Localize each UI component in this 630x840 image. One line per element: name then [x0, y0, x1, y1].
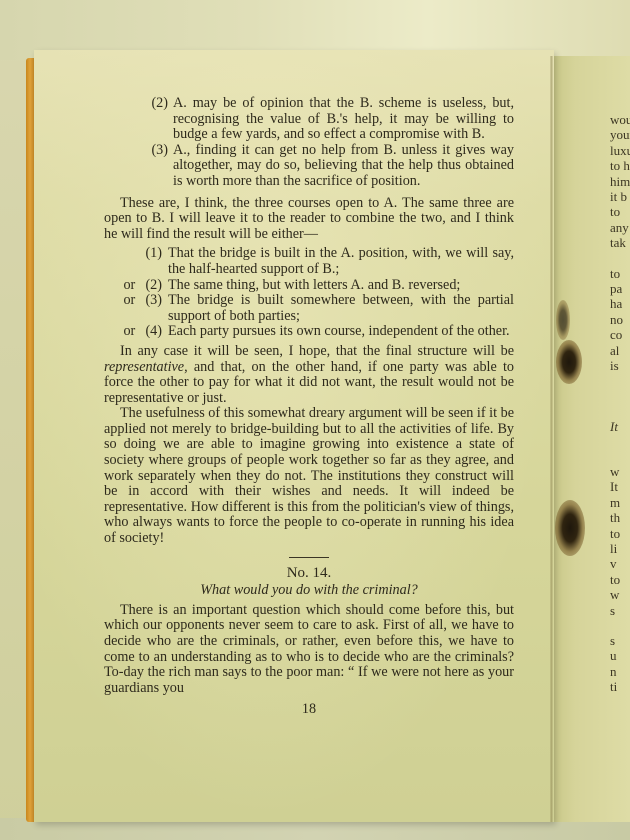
fragment: your: [610, 127, 630, 142]
item-number: (2): [138, 96, 173, 143]
list-item: (1) That the bridge is built in the A. p…: [112, 246, 514, 277]
fragment: to h: [610, 158, 630, 173]
fragment: It: [610, 419, 630, 434]
fragment: It: [610, 479, 630, 494]
options-list-a: (2) A. may be of opinion that the B. sch…: [138, 96, 514, 190]
fragment: to: [610, 526, 630, 541]
fragment: tak: [610, 235, 630, 250]
fragment: to: [610, 204, 630, 219]
outcomes-list: (1) That the bridge is built in the A. p…: [112, 246, 514, 340]
fragment: s: [610, 633, 630, 648]
item-text: The bridge is built somewhere between, w…: [168, 293, 514, 324]
paragraph: These are, I think, the three courses op…: [104, 196, 514, 243]
fragment: w: [610, 587, 630, 602]
fragment: v: [610, 556, 630, 571]
fragment: any: [610, 220, 630, 235]
photo-scene: wou your luxu to h him it b to any tak t…: [0, 0, 630, 840]
item-number: (1): [145, 245, 162, 261]
item-number: (3): [145, 292, 162, 308]
item-lead: or(2): [112, 278, 168, 294]
item-lead: (1): [112, 246, 168, 277]
section-number: No. 14.: [104, 566, 514, 582]
item-number: (2): [145, 277, 162, 293]
right-page-text-fragments: wou your luxu to h him it b to any tak t…: [610, 112, 630, 695]
page-text: (2) A. may be of opinion that the B. sch…: [104, 96, 514, 718]
fragment: co: [610, 327, 630, 342]
fragment: it b: [610, 189, 630, 204]
section-separator: [289, 557, 329, 558]
fragment: is: [610, 358, 630, 373]
fragment: to: [610, 266, 630, 281]
list-item: or(3) The bridge is built somewhere betw…: [112, 293, 514, 324]
page-edge: [26, 58, 34, 822]
item-text: Each party pursues its own course, indep…: [168, 324, 514, 340]
item-text: A., finding it can get no help from B. u…: [173, 143, 514, 190]
item-number: (4): [145, 323, 162, 339]
fragment: luxu: [610, 143, 630, 158]
or-prefix: or: [123, 324, 145, 340]
burn-mark: [555, 500, 585, 556]
fragment: u: [610, 648, 630, 663]
fragment: pa: [610, 281, 630, 296]
item-lead: or(3): [112, 293, 168, 324]
list-item: (2) A. may be of opinion that the B. sch…: [138, 96, 514, 143]
fragment: th: [610, 510, 630, 525]
page-number: 18: [104, 702, 514, 718]
fragment: no: [610, 312, 630, 327]
item-text: A. may be of opinion that the B. scheme …: [173, 96, 514, 143]
fragment: wou: [610, 112, 630, 127]
fragment: to: [610, 572, 630, 587]
list-item: or(4) Each party pursues its own course,…: [112, 324, 514, 340]
fragment: w: [610, 464, 630, 479]
list-item: or(2) The same thing, but with letters A…: [112, 278, 514, 294]
binding-fold: [550, 56, 553, 822]
or-prefix: or: [123, 293, 145, 309]
burn-mark: [556, 340, 582, 384]
burn-mark: [556, 300, 570, 340]
section-title: What would you do with the criminal?: [104, 583, 514, 599]
fragment: s: [610, 603, 630, 618]
item-text: The same thing, but with letters A. and …: [168, 278, 514, 294]
paragraph: There is an important question which sho…: [104, 603, 514, 697]
item-lead: or(4): [112, 324, 168, 340]
paragraph: The usefulness of this somewhat dreary a…: [104, 406, 514, 546]
paragraph: In any case it will be seen, I hope, tha…: [104, 344, 514, 406]
list-item: (3) A., finding it can get no help from …: [138, 143, 514, 190]
text-run: In any case it will be seen, I hope, tha…: [120, 343, 514, 359]
fragment: ha: [610, 296, 630, 311]
or-prefix: or: [123, 278, 145, 294]
fragment: him: [610, 174, 630, 189]
fragment: al: [610, 343, 630, 358]
fragment: ti: [610, 679, 630, 694]
emphasis-text: representative: [104, 359, 184, 375]
fragment: m: [610, 495, 630, 510]
item-number: (3): [138, 143, 173, 190]
item-text: That the bridge is built in the A. posit…: [168, 246, 514, 277]
fragment: n: [610, 664, 630, 679]
fragment: li: [610, 541, 630, 556]
